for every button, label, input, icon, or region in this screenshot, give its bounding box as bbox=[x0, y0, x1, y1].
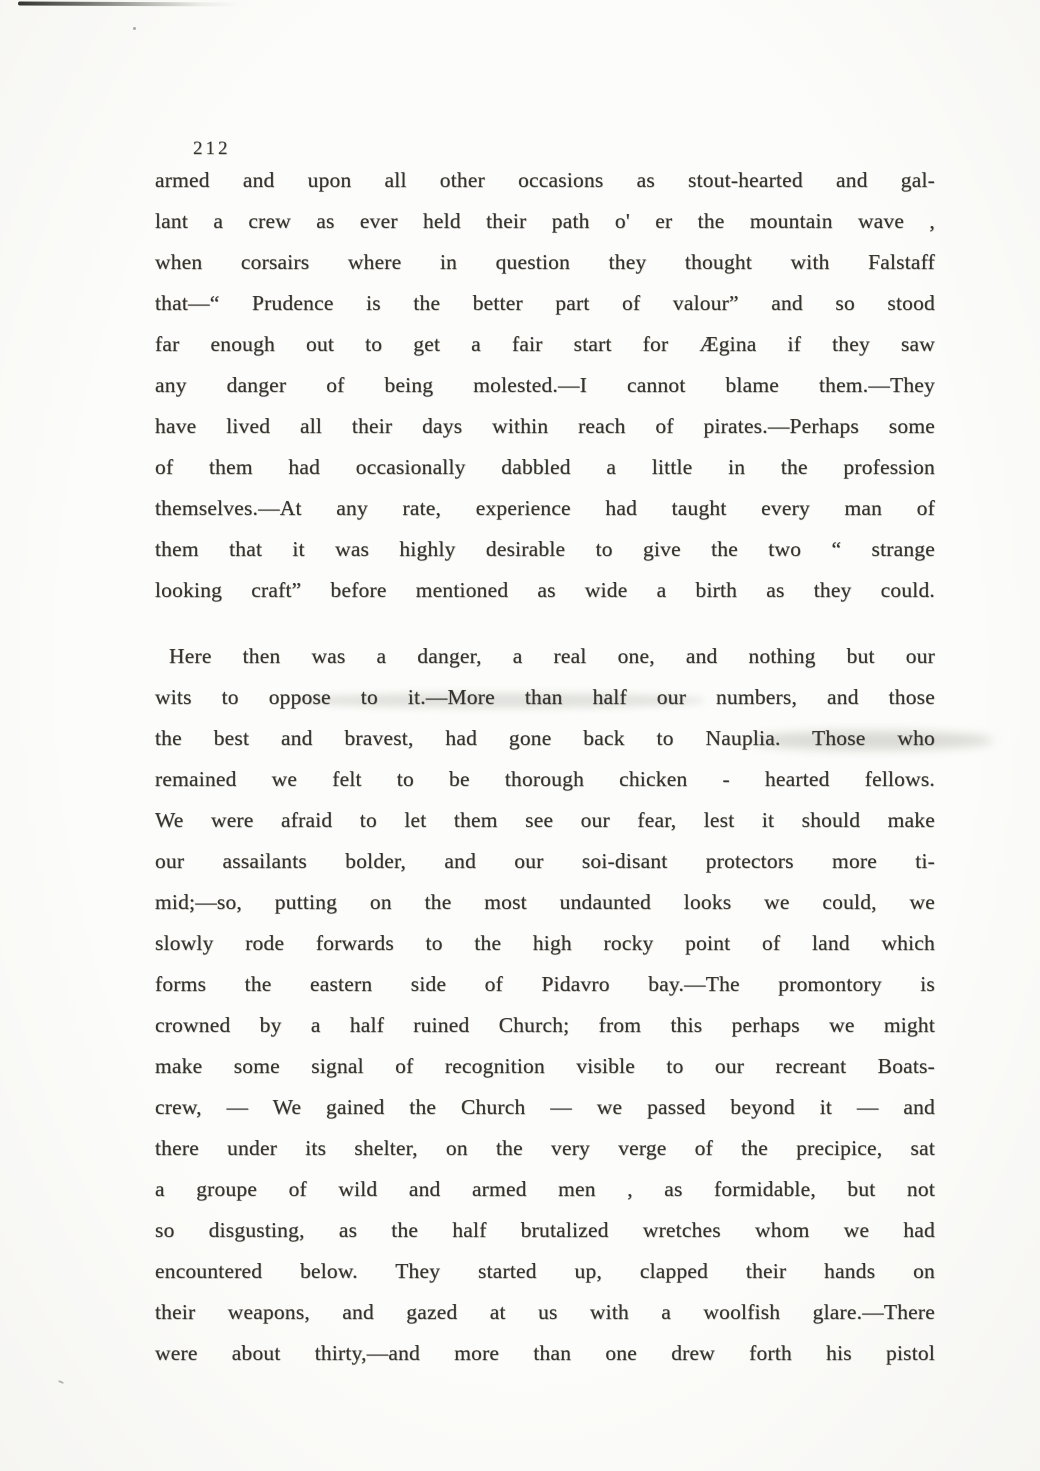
text-line: the best and bravest, had gone back to N… bbox=[155, 718, 935, 759]
text-line: mid;—so, putting on the most undaunted l… bbox=[155, 882, 935, 923]
text-line: that—“ Prudence is the better part of va… bbox=[155, 283, 935, 324]
text-line: when corsairs where in question they tho… bbox=[155, 242, 935, 283]
text-line: looking craft” before mentioned as wide … bbox=[155, 570, 935, 611]
text-line: of them had occasionally dabbled a littl… bbox=[155, 447, 935, 488]
scan-artifact-line bbox=[18, 2, 240, 7]
text-line: far enough out to get a fair start for Æ… bbox=[155, 324, 935, 365]
text-line: encountered below. They started up, clap… bbox=[155, 1251, 935, 1292]
page-number: 212 bbox=[193, 138, 231, 160]
text-line: lant a crew as ever held their path o' e… bbox=[155, 201, 935, 242]
ink-speck bbox=[133, 27, 136, 30]
ink-speck bbox=[58, 1380, 64, 1384]
text-line: our assailants bolder, and our soi-disan… bbox=[155, 841, 935, 882]
text-line: a groupe of wild and armed men , as form… bbox=[155, 1169, 935, 1210]
scanned-book-page: 212 armed and upon all other occasions a… bbox=[0, 0, 1040, 1471]
text-line: there under its shelter, on the very ver… bbox=[155, 1128, 935, 1169]
text-line: have lived all their days within reach o… bbox=[155, 406, 935, 447]
text-line: slowly rode forwards to the high rocky p… bbox=[155, 923, 935, 964]
text-line: crew, — We gained the Church — we passed… bbox=[155, 1087, 935, 1128]
text-line: make some signal of recognition visible … bbox=[155, 1046, 935, 1087]
text-line: themselves.—At any rate, experience had … bbox=[155, 488, 935, 529]
page-text: armed and upon all other occasions as st… bbox=[155, 160, 935, 1374]
paragraph-2: Here then was a danger, a real one, and … bbox=[155, 636, 935, 1374]
text-line: any danger of being molested.—I cannot b… bbox=[155, 365, 935, 406]
text-line: crowned by a half ruined Church; from th… bbox=[155, 1005, 935, 1046]
text-line: were about thirty,—and more than one dre… bbox=[155, 1333, 935, 1374]
paragraph-1: armed and upon all other occasions as st… bbox=[155, 160, 935, 611]
text-line: forms the eastern side of Pidavro bay.—T… bbox=[155, 964, 935, 1005]
text-line: remained we felt to be thorough chicken … bbox=[155, 759, 935, 800]
text-line: their weapons, and gazed at us with a wo… bbox=[155, 1292, 935, 1333]
text-line: armed and upon all other occasions as st… bbox=[155, 160, 935, 201]
text-line: so disgusting, as the half brutalized wr… bbox=[155, 1210, 935, 1251]
text-line: We were afraid to let them see our fear,… bbox=[155, 800, 935, 841]
text-line: Here then was a danger, a real one, and … bbox=[155, 636, 935, 677]
text-line: wits to oppose to it.—More than half our… bbox=[155, 677, 935, 718]
text-line: them that it was highly desirable to giv… bbox=[155, 529, 935, 570]
